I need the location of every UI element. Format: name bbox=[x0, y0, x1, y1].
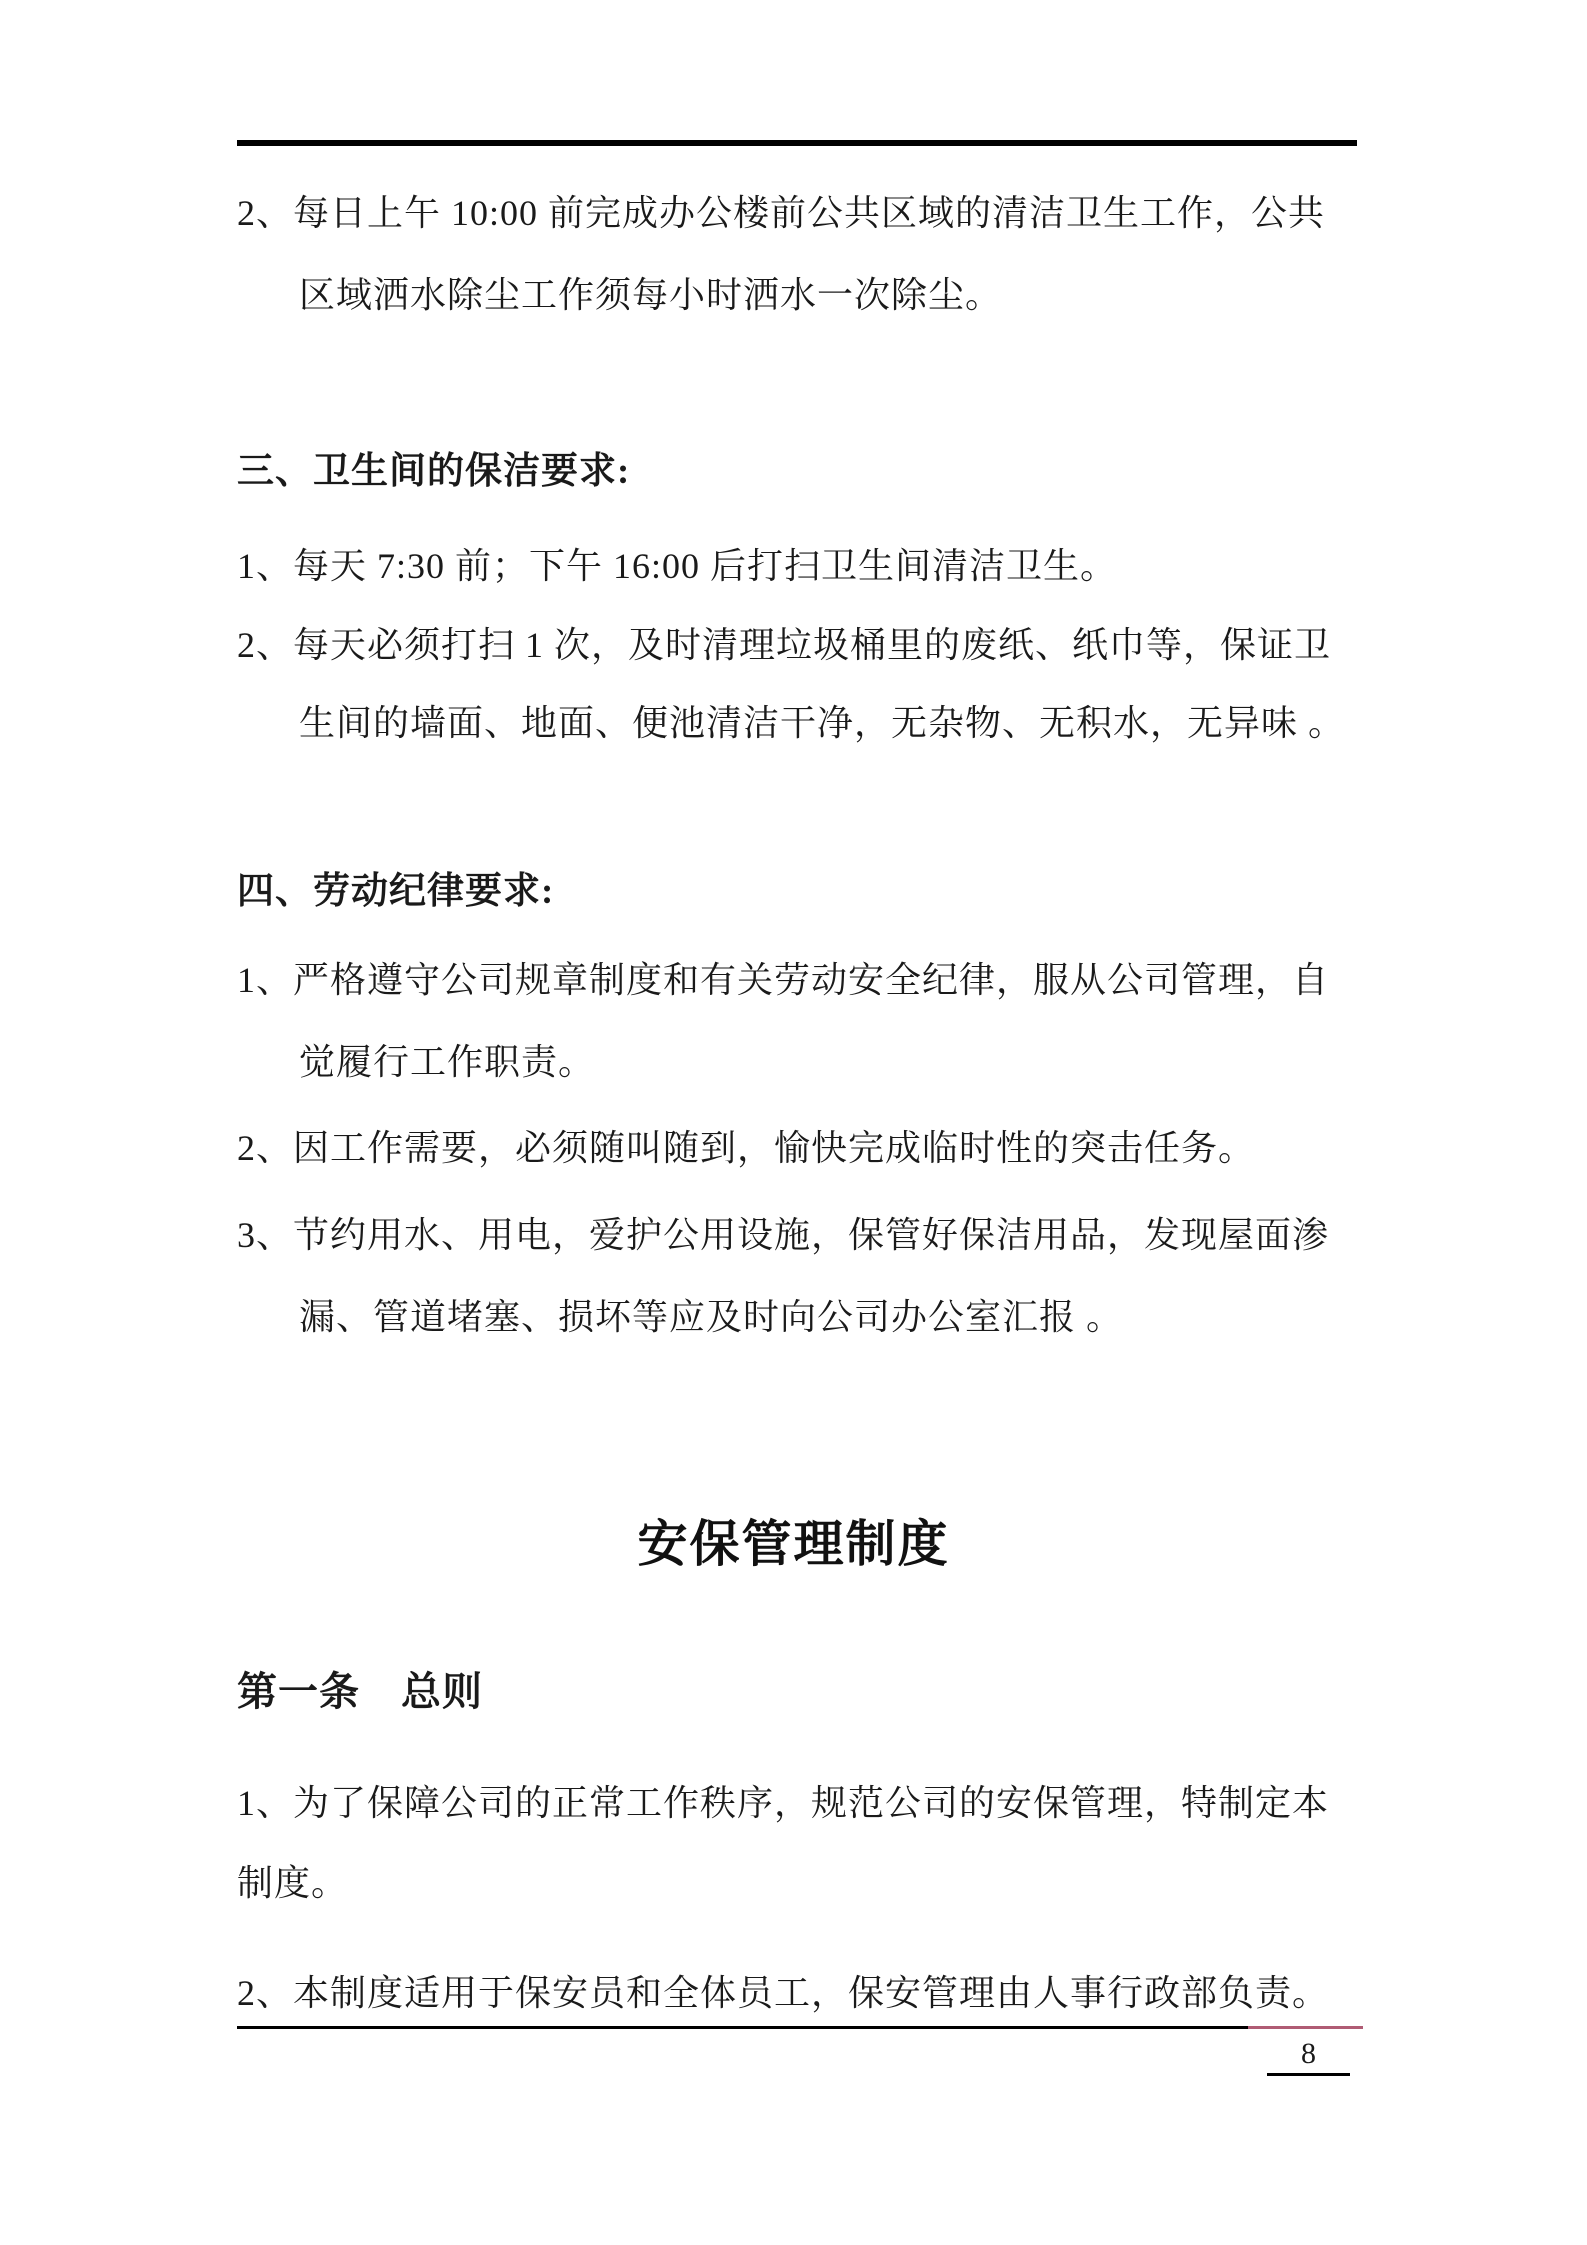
discipline-item1-line2: 觉履行工作职责。 bbox=[299, 1040, 595, 1084]
restroom-item2-line2: 生间的墙面、地面、便池清洁干净，无杂物、无积水，无异味 。 bbox=[299, 701, 1345, 745]
page-number: 8 bbox=[1267, 2036, 1350, 2072]
document-page: 2、每日上午 10:00 前完成办公楼前公共区域的清洁卫生工作，公共 区域洒水除… bbox=[0, 0, 1587, 2245]
header-rule bbox=[237, 140, 1357, 146]
page-number-underline bbox=[1267, 2073, 1350, 2076]
article1-heading: 第一条 总则 bbox=[237, 1670, 483, 1714]
discipline-section-heading: 四、劳动纪律要求: bbox=[237, 870, 554, 914]
restroom-item2-line1: 2、每天必须打扫 1 次，及时清理垃圾桶里的废纸、纸巾等，保证卫 bbox=[237, 623, 1331, 667]
discipline-item2: 2、因工作需要，必须随叫随到，愉快完成临时性的突击任务。 bbox=[237, 1126, 1255, 1170]
cleaning-item2-line1: 2、每日上午 10:00 前完成办公楼前公共区域的清洁卫生工作，公共 bbox=[237, 191, 1325, 235]
discipline-item3-line1: 3、节约用水、用电，爱护公用设施，保管好保洁用品，发现屋面渗 bbox=[237, 1213, 1329, 1257]
cleaning-item2-line2: 区域洒水除尘工作须每小时洒水一次除尘。 bbox=[299, 273, 1002, 317]
article1-item1-line1: 1、为了保障公司的正常工作秩序，规范公司的安保管理，特制定本 bbox=[237, 1781, 1329, 1825]
restroom-section-heading: 三、卫生间的保洁要求: bbox=[237, 450, 630, 494]
security-section-title: 安保管理制度 bbox=[0, 1504, 1587, 1576]
discipline-item1-line1: 1、严格遵守公司规章制度和有关劳动安全纪律，服从公司管理，自 bbox=[237, 958, 1329, 1002]
footer-rule bbox=[237, 2026, 1248, 2029]
article1-item1-line2: 制度。 bbox=[237, 1861, 348, 1905]
restroom-item1: 1、每天 7:30 前；下午 16:00 后打扫卫生间清洁卫生。 bbox=[237, 544, 1117, 588]
footer-rule-accent bbox=[1248, 2026, 1363, 2029]
article1-item2: 2、本制度适用于保安员和全体员工，保安管理由人事行政部负责。 bbox=[237, 1971, 1329, 2015]
discipline-item3-line2: 漏、管道堵塞、损坏等应及时向公司办公室汇报 。 bbox=[299, 1295, 1123, 1339]
